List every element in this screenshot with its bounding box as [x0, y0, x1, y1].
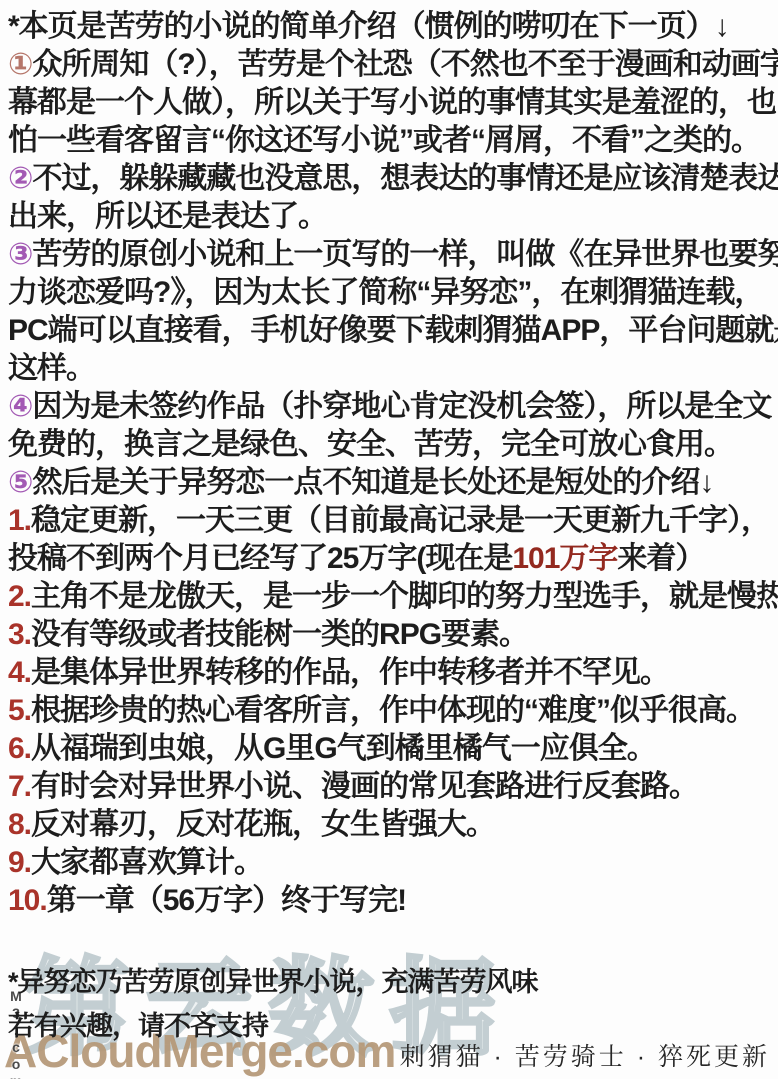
text-segment: 怕一些看客留言“你这还写小说”或者“屑屑，不看”之类的。	[8, 124, 760, 157]
text-segment: 免费的，换言之是绿色、安全、苦劳，完全可放心食用。	[8, 428, 733, 461]
text-line: ③苦劳的原创小说和上一页写的一样，叫做《在异世界也要努	[8, 236, 778, 274]
text-line: 6.从福瑞到虫娘，从G里G气到橘里橘气一应俱全。	[8, 730, 778, 768]
text-line: 8.反对幕刃，反对花瓶，女生皆强大。	[8, 806, 778, 844]
text-line: PC端可以直接看，手机好像要下载刺猬猫APP，平台问题就是	[8, 312, 778, 350]
text-segment: 8.	[8, 808, 31, 841]
text-line: 免费的，换言之是绿色、安全、苦劳，完全可放心食用。	[8, 426, 778, 464]
text-line: 力谈恋爱吗?》，因为太长了简称“异努恋”，在刺猬猫连载，	[8, 274, 778, 312]
text-segment: 1.	[8, 504, 31, 537]
text-line: 投稿不到两个月已经写了25万字(现在是101万字来着）	[8, 540, 778, 578]
text-segment: 从福瑞到虫娘，从G里G气到橘里橘气一应俱全。	[31, 732, 656, 765]
text-line: ④因为是未签约作品（扑穿地心肯定没机会签），所以是全文	[8, 388, 778, 426]
author-signature: 刺猬猫 · 苦劳骑士 · 猝死更新	[400, 1037, 770, 1073]
text-line: *本页是苦劳的小说的简单介绍（惯例的唠叨在下一页）↓	[8, 8, 778, 46]
text-line: 这样。	[8, 350, 778, 388]
text-line: 5.根据珍贵的热心看客所言，作中体现的“难度”似乎很高。	[8, 692, 778, 730]
text-segment: 因为是未签约作品（扑穿地心肯定没机会签），所以是全文	[32, 390, 771, 423]
text-segment: ①	[8, 48, 32, 81]
text-line: 10.第一章（56万字）终于写完!	[8, 882, 778, 920]
text-segment: 7.	[8, 770, 31, 803]
text-segment: 根据珍贵的热心看客所言，作中体现的“难度”似乎很高。	[31, 694, 755, 727]
text-segment: 出来，所以还是表达了。	[8, 200, 327, 233]
text-line: 4.是集体异世界转移的作品，作中转移者并不罕见。	[8, 654, 778, 692]
footer-note-line2: 若有兴趣，请不吝支持	[8, 1004, 268, 1043]
text-segment: 力谈恋爱吗?》，因为太长了简称“异努恋”，在刺猬猫连载，	[8, 276, 763, 309]
text-line: 出来，所以还是表达了。	[8, 198, 778, 236]
text-line: 9.大家都喜欢算计。	[8, 844, 778, 882]
text-line: ②不过，躲躲藏藏也没意思，想表达的事情还是应该清楚表达	[8, 160, 778, 198]
manga-afterword-page: 第云数据 ACloudMerge.com M3.com *本页是苦劳的小说的简单…	[0, 0, 778, 1079]
text-segment: 10.	[8, 884, 47, 917]
text-segment: ②	[8, 162, 32, 195]
text-segment: 是集体异世界转移的作品，作中转移者并不罕见。	[31, 656, 669, 689]
text-segment: 大家都喜欢算计。	[31, 846, 263, 879]
text-segment: 然后是关于异努恋一点不知道是长处还是短处的介绍↓	[32, 466, 713, 499]
text-segment: 稳定更新，一天三更（目前最高记录是一天更新九千字），	[31, 504, 770, 537]
text-segment: 主角不是龙傲天，是一步一个脚印的努力型选手，就是慢热。	[31, 580, 778, 613]
text-segment: 第一章（56万字）终于写完!	[47, 884, 406, 917]
text-segment: *本页是苦劳的小说的简单介绍（惯例的唠叨在下一页）↓	[8, 10, 729, 43]
body-text: *本页是苦劳的小说的简单介绍（惯例的唠叨在下一页）↓①众所周知（?），苦劳是个社…	[8, 8, 778, 920]
text-segment: 幕都是一个人做），所以关于写小说的事情其实是羞涩的，也	[8, 86, 776, 119]
text-segment: 不过，躲躲藏藏也没意思，想表达的事情还是应该清楚表达	[32, 162, 778, 195]
text-line: 3.没有等级或者技能树一类的RPG要素。	[8, 616, 778, 654]
text-segment: 反对幕刃，反对花瓶，女生皆强大。	[31, 808, 495, 841]
text-segment: 没有等级或者技能树一类的RPG要素。	[31, 618, 528, 651]
text-segment: 来着）	[617, 542, 704, 575]
text-segment: 2.	[8, 580, 31, 613]
text-segment: 5.	[8, 694, 31, 727]
text-line: 怕一些看客留言“你这还写小说”或者“屑屑，不看”之类的。	[8, 122, 778, 160]
text-segment: 4.	[8, 656, 31, 689]
text-segment: 投稿不到两个月已经写了25万字(现在是	[8, 542, 512, 575]
text-segment: ⑤	[8, 466, 32, 499]
text-line: 7.有时会对异世界小说、漫画的常见套路进行反套路。	[8, 768, 778, 806]
text-segment: 9.	[8, 846, 31, 879]
text-line: 幕都是一个人做），所以关于写小说的事情其实是羞涩的，也	[8, 84, 778, 122]
text-segment: PC端可以直接看，手机好像要下载刺猬猫APP，平台问题就是	[8, 314, 778, 347]
footer-note-line1: *异努恋乃苦劳原创异世界小说，充满苦劳风味	[8, 960, 538, 999]
text-segment: 众所周知（?），苦劳是个社恐（不然也不至于漫画和动画字	[32, 48, 778, 81]
text-line: 1.稳定更新，一天三更（目前最高记录是一天更新九千字），	[8, 502, 778, 540]
text-segment: 苦劳的原创小说和上一页写的一样，叫做《在异世界也要努	[32, 238, 778, 271]
text-line: ①众所周知（?），苦劳是个社恐（不然也不至于漫画和动画字	[8, 46, 778, 84]
text-segment: 3.	[8, 618, 31, 651]
text-segment: ③	[8, 238, 32, 271]
text-segment: 101万字	[512, 542, 617, 575]
text-segment: 这样。	[8, 352, 95, 385]
text-segment: 有时会对异世界小说、漫画的常见套路进行反套路。	[31, 770, 698, 803]
text-line: ⑤然后是关于异努恋一点不知道是长处还是短处的介绍↓	[8, 464, 778, 502]
text-line: 2.主角不是龙傲天，是一步一个脚印的努力型选手，就是慢热。	[8, 578, 778, 616]
text-segment: ④	[8, 390, 32, 423]
text-segment: 6.	[8, 732, 31, 765]
